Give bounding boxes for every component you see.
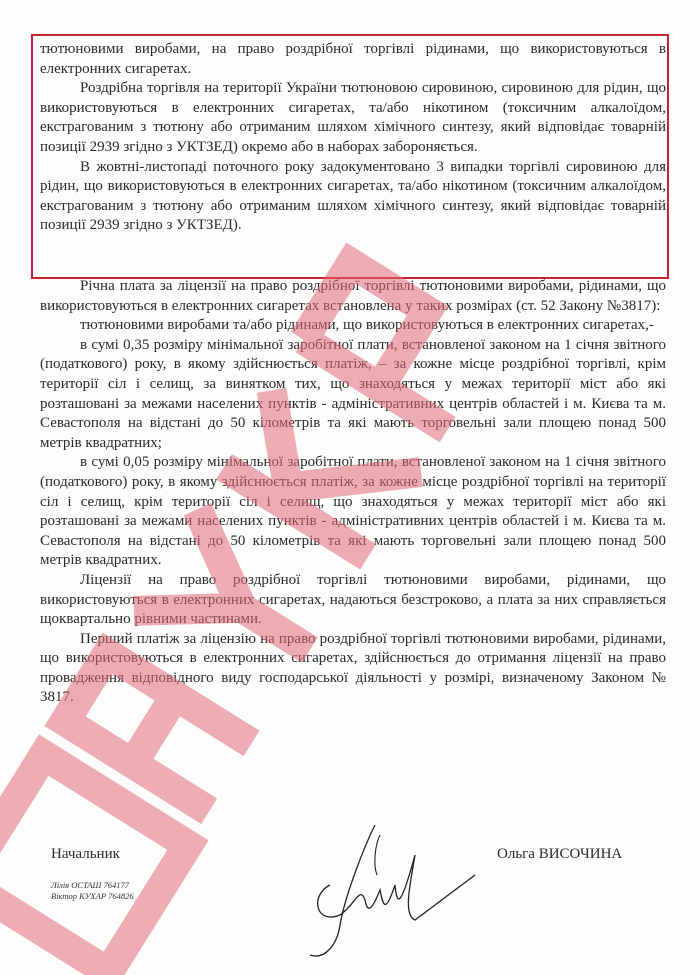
paragraph: в сумі 0,05 розміру мінімальної заробітн…: [40, 453, 666, 571]
position-title: Начальник: [51, 846, 120, 863]
executor: Віктор КУХАР 764826: [51, 891, 134, 902]
paragraph: тютюновими виробами, на право роздрібної…: [40, 40, 666, 79]
document-page: тютюновими виробами, на право роздрібної…: [0, 0, 700, 975]
paragraph: Роздрібна торгівля на території України …: [40, 79, 666, 157]
highlighted-text: тютюновими виробами, на право роздрібної…: [40, 40, 666, 236]
signer-name: Ольга ВИСОЧИНА: [497, 846, 622, 863]
paragraph: в сумі 0,35 розміру мінімальної заробітн…: [40, 336, 666, 454]
body-text: Річна плата за ліцензії на право роздріб…: [40, 277, 666, 708]
paragraph: В жовтні-листопаді поточного року задоку…: [40, 158, 666, 236]
paragraph: тютюновими виробами та/або рідинами, що …: [40, 316, 666, 336]
executor: Лілія ОСТАШ 764177: [51, 880, 134, 891]
paragraph: Ліцензії на право роздрібної торгівлі тю…: [40, 571, 666, 630]
paragraph: Річна плата за ліцензії на право роздріб…: [40, 277, 666, 316]
executors: Лілія ОСТАШ 764177 Віктор КУХАР 764826: [51, 880, 134, 902]
paragraph: Перший платіж за ліцензію на право роздр…: [40, 630, 666, 708]
signature-icon: [305, 805, 505, 965]
